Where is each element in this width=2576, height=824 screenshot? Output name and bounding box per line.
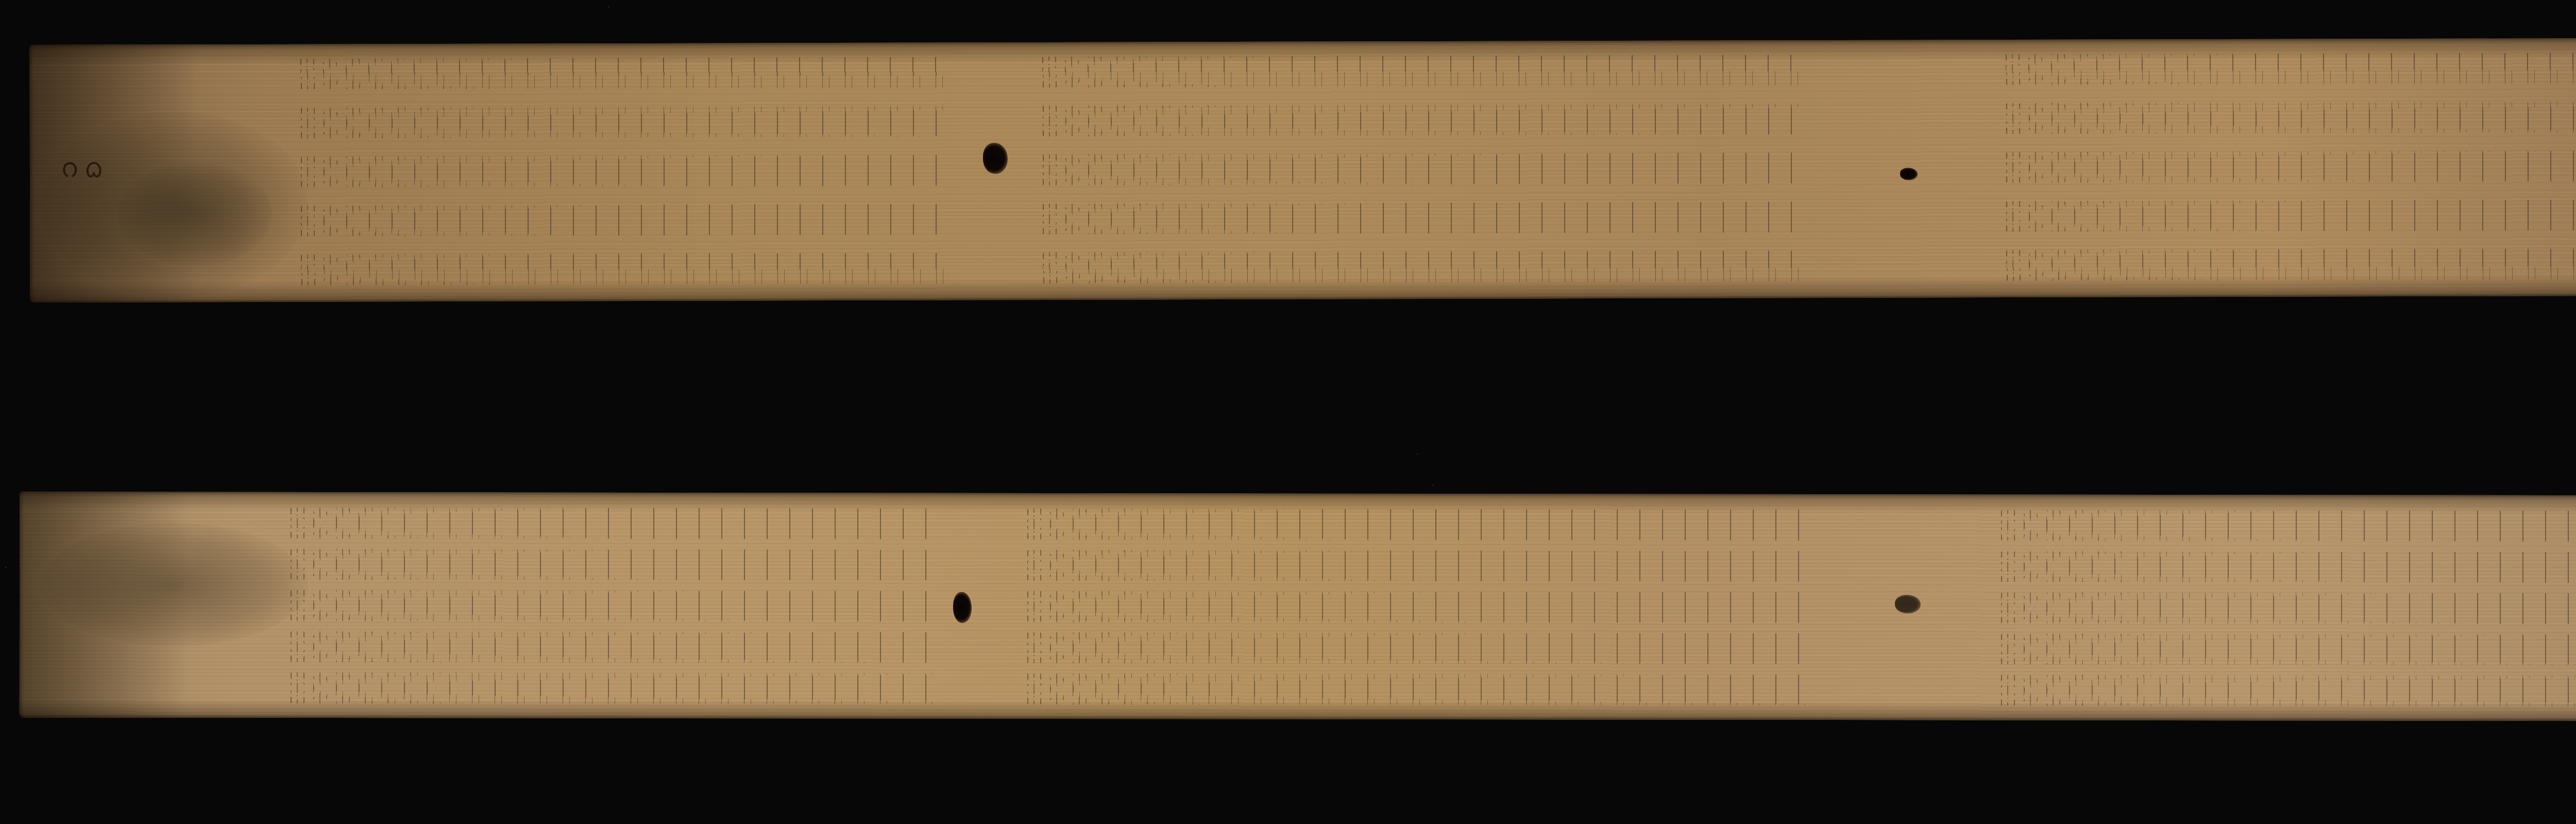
script-line <box>1998 675 2576 707</box>
script-line: incised script line 1 <box>287 508 947 540</box>
folio-number-mark: ᨣᨵ <box>61 148 109 192</box>
text-column-left: incised script line 1 incised script lin… <box>297 57 952 285</box>
string-hole-left <box>953 592 972 623</box>
water-stain <box>40 523 308 647</box>
script-line: incised script line 1 <box>297 57 952 89</box>
palm-leaf-folio-top: Five lines of incised Mon/Burmese-family… <box>29 38 2576 302</box>
script-line: incised script line 3 <box>298 155 952 187</box>
script-line <box>1998 593 2576 625</box>
script-line <box>2003 53 2576 85</box>
text-column-right <box>1998 510 2576 707</box>
background-speck <box>1417 453 1418 455</box>
script-line <box>1024 550 1818 582</box>
background-speck <box>1432 484 1434 486</box>
water-stain <box>117 163 273 266</box>
script-line <box>2003 248 2576 281</box>
script-line <box>1024 674 1818 705</box>
script-line <box>2003 199 2576 232</box>
text-column-right <box>2003 53 2576 281</box>
palm-leaf-folio-bottom: Five lines of incised Mon/Burmese-family… <box>20 492 2576 721</box>
script-line: incised script line 5 <box>298 253 952 285</box>
string-hole-right <box>1895 595 1921 613</box>
text-column-left: incised script line 1 incised script lin… <box>287 508 947 704</box>
script-line <box>1998 551 2576 583</box>
script-line: incised script line 4 <box>298 204 952 236</box>
script-line <box>1024 509 1818 541</box>
background-speck <box>5 567 7 568</box>
text-column-middle <box>1039 55 1812 283</box>
script-line <box>2003 102 2576 134</box>
script-line <box>1040 104 1812 137</box>
script-line: incised script line 4 <box>287 631 947 663</box>
string-hole-left <box>983 143 1008 174</box>
string-hole-right <box>1900 168 1918 180</box>
leaf-description: Five lines of incised Mon/Burmese-family… <box>20 492 20 492</box>
text-column-middle <box>1024 509 1818 705</box>
script-line <box>2003 150 2576 183</box>
script-line: incised script line 2 <box>287 549 947 581</box>
leaf-description: Five lines of incised Mon/Burmese-family… <box>29 45 30 45</box>
script-line <box>1024 591 1818 623</box>
script-line <box>1040 201 1812 234</box>
script-line <box>1040 250 1812 283</box>
script-line: incised script line 3 <box>287 590 947 622</box>
script-line <box>1040 153 1812 186</box>
script-line <box>1998 510 2576 542</box>
script-line <box>1039 55 1812 88</box>
script-line <box>1998 634 2576 666</box>
script-line <box>1024 632 1818 664</box>
script-line: incised script line 2 <box>298 106 952 138</box>
script-line: incised script line 5 <box>287 672 947 704</box>
background-speck <box>608 6 609 8</box>
